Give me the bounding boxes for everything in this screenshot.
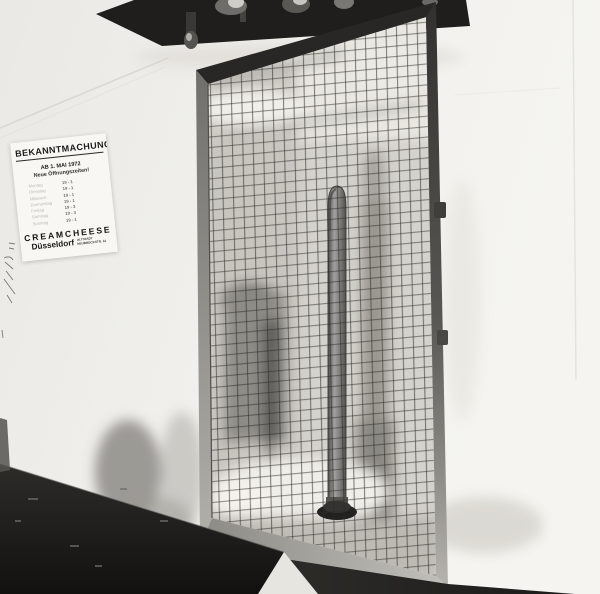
hours-time: 19 - 1 — [66, 217, 77, 224]
gate-hinge-bottom — [437, 330, 448, 345]
poster-title: BEKANNTMACHUNG — [15, 140, 104, 162]
poster-opening-hours: Montag19 - 1 Dienstag19 - 1 Mittwoch19 -… — [28, 176, 102, 227]
wire-mesh — [190, 0, 455, 594]
announcement-poster: BEKANNTMACHUNG AB 1. MAI 1972 Neue Öffnu… — [10, 133, 118, 261]
scene — [0, 0, 600, 594]
gate-interior — [190, 0, 455, 594]
poster-address: ALTSTADT NEUBRÜCKSTR. 12 — [77, 235, 107, 247]
photograph: BEKANNTMACHUNG AB 1. MAI 1972 Neue Öffnu… — [0, 0, 600, 594]
gate-hinge-top — [434, 202, 446, 218]
